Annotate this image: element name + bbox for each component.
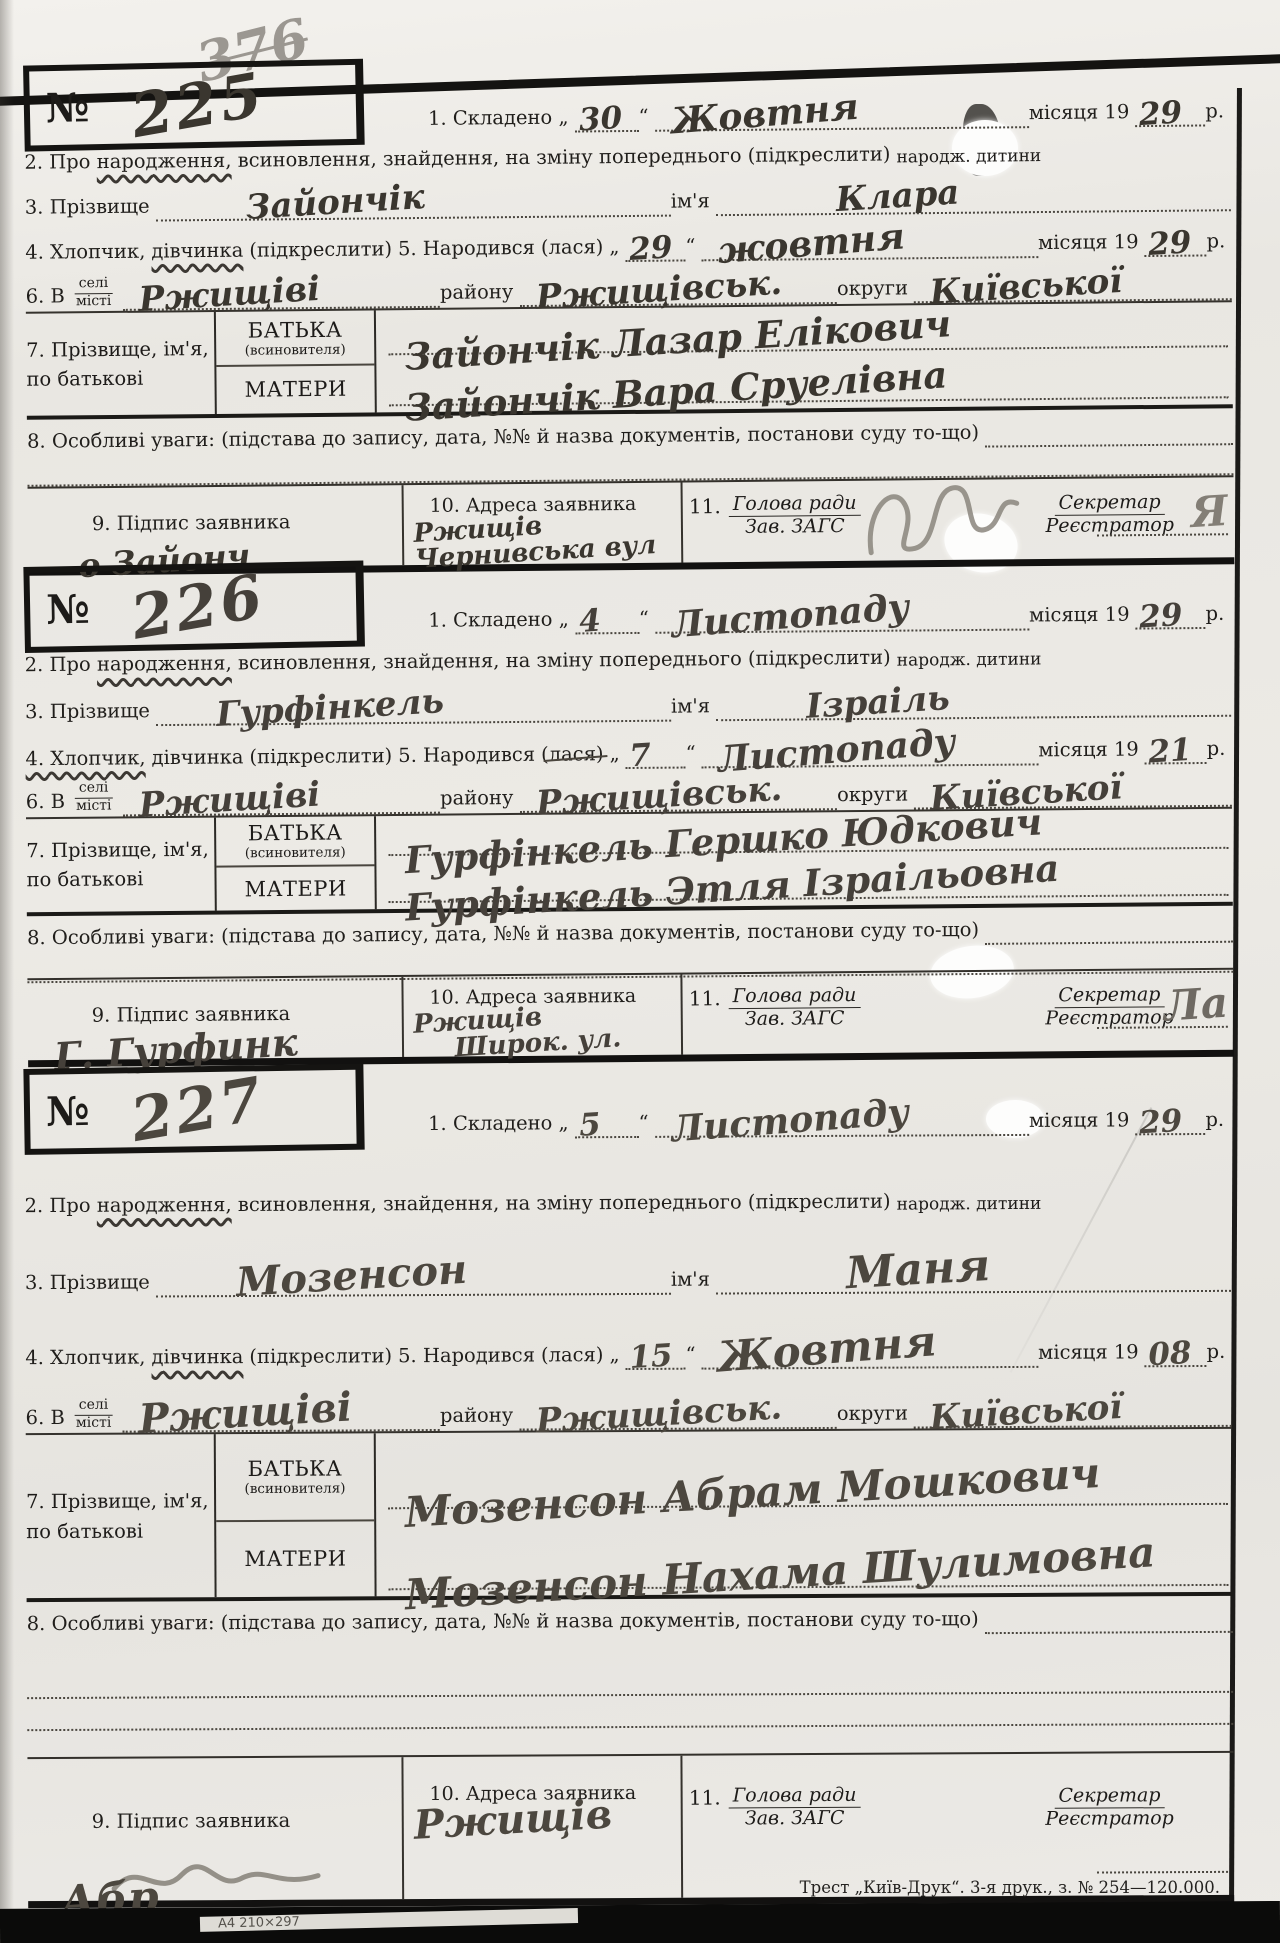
birth-month-field: Листопаду <box>701 728 1038 768</box>
composed-date-fields: 1. Складено „ 30 “ Жовтня місяця 19 29 р… <box>428 89 1230 140</box>
child-birth-note: народж. дитини <box>897 1192 1232 1216</box>
name-label: ім'я <box>671 189 716 216</box>
notes-field <box>985 443 1233 447</box>
notes-field <box>985 941 1233 945</box>
surname-label: 3. Прізвище <box>25 194 156 222</box>
record-number-handwritten: 225 <box>110 60 270 155</box>
composed-year-field: 29 <box>1135 1104 1205 1135</box>
boy-label: 4. Хлопчик, <box>25 239 151 267</box>
record-header-row: № 226 1. Складено „ 4 “ Листопаду місяця… <box>24 565 1231 646</box>
surname-field: Гурфінкель <box>156 687 671 726</box>
paper-size-note: А4 210×297 <box>200 1908 578 1932</box>
applicant-signature-cell: 9. Підпис заявника Абр <box>27 1757 404 1901</box>
scan-bottom-bar: А4 210×297 <box>0 1901 1280 1943</box>
parents-label: 7. Прізвище, ім'я,по батькові <box>26 312 215 415</box>
village-label: селі <box>75 781 113 799</box>
applicant-signature-cell: 9. Підпис заявника Г. Гурфинк <box>27 977 404 1060</box>
head-of-council-cell: 11. Голова радиЗав. ЗАГС <box>683 1754 949 1898</box>
boy-label-underlined: 4. Хлопчик, <box>25 746 151 774</box>
composed-year-handwritten: 29 <box>1134 1103 1183 1142</box>
head-zags-fraction: Голова радиЗав. ЗАГС <box>729 492 861 538</box>
year-suffix: р. <box>1207 736 1232 763</box>
okruha-field: Київської <box>914 1392 1232 1429</box>
composed-year-field: 29 <box>1135 95 1205 127</box>
composed-label: 1. Складено „ <box>428 106 575 134</box>
name-label: ім'я <box>671 1267 716 1294</box>
record-number-box: № 227 <box>23 1064 364 1155</box>
village-label: селі <box>75 276 113 294</box>
item-11: 11. Голова радиЗав. ЗАГС <box>689 1785 861 1830</box>
dotted-line <box>1097 1871 1228 1874</box>
birth-word-underlined: народження, <box>97 148 232 172</box>
girl-label: дівчинка <box>151 745 249 773</box>
surname-field: Зайончік <box>155 181 670 221</box>
town-label: місті <box>76 294 112 310</box>
item-11: 11. Голова радиЗав. ЗАГС <box>689 492 861 538</box>
birth-day-handwritten: 15 <box>625 1338 674 1377</box>
born-label: 5. Народився <box>398 235 541 263</box>
secretary-registrar-fraction: СекретарРеєстратор <box>1045 1785 1174 1830</box>
underline-note: (підкреслити) <box>249 237 398 265</box>
composed-month-field: Листопаду <box>655 594 1030 634</box>
lasya-note: (лася) <box>541 1343 610 1370</box>
in-label: 6. В <box>26 1406 71 1433</box>
record-227: № 227 1. Складено „ 5 “ Листопаду місяця… <box>24 1059 1234 1908</box>
birth-day-handwritten: 7 <box>625 737 653 774</box>
special-notes-row: 8. Особливі уваги: (підстава до запису, … <box>27 408 1234 487</box>
no-symbol: № <box>45 84 89 132</box>
place-field: Ржищіві <box>122 1389 440 1433</box>
village-label: селі <box>75 1398 113 1416</box>
secretary-registrar-fraction: СекретарРеєстратор <box>1045 491 1174 537</box>
village-town-fraction: селімісті <box>75 276 113 310</box>
special-notes-row: 8. Особливі уваги: (підстава до запису, … <box>27 906 1233 979</box>
village-town-fraction: селімісті <box>75 1398 113 1432</box>
composed-year-handwritten: 29 <box>1134 94 1183 133</box>
applicant-address-cell: 10. Адреса заявника РжищівЧернивська вул <box>403 482 683 565</box>
father-entry-field: Мозенсон Абрам Мошкович <box>388 1429 1228 1509</box>
signature-band: 9. Підпис заявника Г. Гурфинк 10. Адреса… <box>27 968 1234 1068</box>
composed-year-handwritten: 29 <box>1135 597 1184 636</box>
name-label: ім'я <box>671 694 716 721</box>
quote-open: „ <box>609 742 625 769</box>
notes-line: 8. Особливі уваги: (підстава до запису, … <box>27 418 1233 457</box>
secretary-cell: СекретарРеєстратор <box>948 1753 1234 1897</box>
quote-close: “ <box>639 1111 655 1138</box>
month-19-label: місяця 19 <box>1038 737 1145 765</box>
record-header-row: № 227 1. Складено „ 5 “ Листопаду місяця… <box>24 1059 1230 1147</box>
mother-label-cell: МАТЕРИ <box>216 867 374 911</box>
birth-month-field: жовтня <box>701 221 1038 261</box>
birth-year-field: 21 <box>1145 733 1207 765</box>
year-suffix: р. <box>1205 1108 1230 1135</box>
notes-field <box>985 1631 1233 1634</box>
birth-month-field: Жовтня <box>701 1324 1038 1370</box>
birth-day-field: 15 <box>625 1339 685 1370</box>
printing-house-credit: Трест „Київ-Друк“. 3-я друк., з. № 254—1… <box>800 1878 1220 1897</box>
father-entry-field: Зайончік Лазар Елікович <box>388 303 1228 356</box>
quote-close: “ <box>638 105 654 132</box>
head-zags-fraction: Голова радиЗав. ЗАГС <box>729 1785 861 1830</box>
parents-middle-column: БАТЬКА(всиновителя) МАТЕРИ <box>214 816 377 911</box>
place-field: Ржищіві <box>122 273 440 311</box>
birth-year-handwritten: 29 <box>1143 224 1192 263</box>
record-number-handwritten: 226 <box>111 561 271 656</box>
lasya-note-struck: (лася) <box>541 742 610 770</box>
district-label: району <box>440 281 520 309</box>
quote-open: „ <box>609 235 625 262</box>
composed-year-field: 29 <box>1135 598 1205 630</box>
applicant-signature-label: 9. Підпис заявника <box>92 1809 297 1837</box>
secretary-cell: СекретарРеєстратор Ла <box>948 970 1234 1053</box>
year-suffix: р. <box>1205 99 1230 126</box>
in-label: 6. В <box>26 789 71 816</box>
composed-day-handwritten: 5 <box>574 1107 602 1144</box>
lasya-note: (лася) <box>541 235 610 263</box>
special-notes-row: 8. Особливі уваги: (підстава до запису, … <box>27 1596 1234 1757</box>
composed-month-field: Листопаду <box>654 1099 1029 1138</box>
composed-day-field: 5 <box>575 1107 639 1138</box>
month-19-label: місяця 19 <box>1038 230 1145 258</box>
secretary-initial-handwritten: Ла <box>1146 978 1229 1032</box>
applicant-signature-cell: 9. Підпис заявника о Зайонч <box>28 485 405 569</box>
secretary-initial-handwritten: Я <box>1173 485 1229 537</box>
birth-day-field: 29 <box>625 230 685 262</box>
mother-label-cell: МАТЕРИ <box>216 1521 374 1596</box>
no-symbol: № <box>46 585 90 633</box>
village-town-fraction: селімісті <box>75 781 113 815</box>
month-19-label: місяця 19 <box>1038 1341 1145 1369</box>
applicant-address-handwritten: Ржищів <box>397 1794 613 1846</box>
composed-label: 1. Складено „ <box>428 1111 575 1139</box>
composed-month-field: Жовтня <box>654 91 1029 132</box>
quote-close: “ <box>686 741 702 768</box>
name-field: Маня <box>716 1246 1231 1295</box>
parents-entries: Мозенсон Абрам Мошкович Мозенсон Нахама … <box>376 1429 1233 1596</box>
month-19-label: місяця 19 <box>1029 1108 1136 1136</box>
birth-year-field: 29 <box>1144 225 1206 257</box>
town-label: місті <box>76 1415 112 1431</box>
parents-block: 7. Прізвище, ім'я,по батькові БАТЬКА(вси… <box>26 806 1233 916</box>
birth-word-underlined: народження, <box>97 652 232 676</box>
town-label: місті <box>76 798 112 814</box>
district-field: Ржищівськ. <box>519 775 837 813</box>
composed-date-fields: 1. Складено „ 5 “ Листопаду місяця 19 29… <box>428 1098 1230 1145</box>
scanned-registry-page: 376 № 225 1. Складено „ 30 “ Жовтня міся… <box>0 0 1280 1943</box>
place-row: 6. В селімісті Ржищіві району Ржищівськ.… <box>25 1367 1231 1433</box>
month-19-label: місяця 19 <box>1029 100 1136 128</box>
underline-note: (підкреслити) <box>249 1345 398 1373</box>
birth-year-handwritten: 21 <box>1144 732 1193 771</box>
applicant-address-cell: 10. Адреса заявника РжищівШирок. ул. <box>403 974 683 1057</box>
empty-dotted-line <box>27 1723 1233 1731</box>
year-suffix: р. <box>1205 602 1230 629</box>
surname-label: 3. Прізвище <box>25 1270 156 1298</box>
girl-label-underlined: дівчинка <box>151 238 249 266</box>
quote-close: “ <box>685 1343 701 1370</box>
district-field: Ржищівськ. <box>519 269 837 307</box>
composed-day-field: 30 <box>574 101 638 133</box>
no-symbol: № <box>46 1087 90 1135</box>
boy-label: 4. Хлопчик, <box>25 1346 151 1374</box>
notes-line: 8. Особливі уваги: (підстава до запису, … <box>27 1606 1233 1639</box>
head-zags-fraction: Голова радиЗав. ЗАГС <box>729 985 861 1031</box>
quote-open: „ <box>609 1343 625 1370</box>
record-225: № 225 1. Складено „ 30 “ Жовтня місяця 1… <box>24 74 1235 576</box>
mother-label-cell: МАТЕРИ <box>216 366 374 414</box>
parents-middle-column: БАТЬКА(всиновителя) МАТЕРИ <box>214 311 377 414</box>
head-of-council-cell: 11. Голова радиЗав. ЗАГС <box>683 479 949 562</box>
parents-block: 7. Прізвище, ім'я,по батькові БАТЬКА(вси… <box>26 301 1233 420</box>
year-suffix: р. <box>1207 1340 1232 1367</box>
quote-close: “ <box>639 607 655 634</box>
born-label: 5. Народився <box>398 1344 541 1372</box>
parents-label: 7. Прізвище, ім'я,по батькові <box>26 1434 215 1597</box>
record-number-handwritten: 227 <box>111 1064 271 1159</box>
surname-field: Мозенсон <box>156 1253 671 1298</box>
item-11: 11. Голова радиЗав. ЗАГС <box>689 985 861 1031</box>
head-signature-scribble <box>858 473 1029 567</box>
record-number-box: № 225 <box>23 59 365 152</box>
record-number-box: № 226 <box>23 561 365 654</box>
name-field: Клара <box>716 176 1231 216</box>
parents-middle-column: БАТЬКА(всиновителя) МАТЕРИ <box>214 1434 377 1597</box>
quote-close: “ <box>685 234 701 261</box>
child-birth-note: народж. дитини <box>897 648 1252 673</box>
signature-band: 9. Підпис заявника о Зайонч 10. Адреса з… <box>28 475 1235 576</box>
underline-note: (підкреслити) <box>249 744 398 772</box>
surname-name-row: 3. Прізвище Мозенсон ім'я Маня <box>25 1214 1231 1298</box>
parents-entries: Гурфінкель Гершко Юдкович Гурфінкель Этл… <box>376 808 1233 909</box>
birth-year-handwritten: 08 <box>1144 1335 1193 1374</box>
notes-line: 8. Особливі уваги: (підстава до запису, … <box>27 916 1233 954</box>
okruha-field: Київської <box>914 266 1232 304</box>
composed-day-handwritten: 4 <box>574 603 602 640</box>
okruha-label: округи <box>837 277 914 305</box>
event-type-row: 2. Про народження, всиновлення, знайденн… <box>24 1141 1230 1221</box>
surname-label: 3. Прізвище <box>25 699 156 727</box>
father-label-cell: БАТЬКА(всиновителя) <box>216 816 374 868</box>
place-field: Ржищіві <box>122 778 440 816</box>
head-of-council-cell: 11. Голова радиЗав. ЗАГС <box>683 972 949 1054</box>
father-entry-field: Гурфінкель Гершко Юдкович <box>388 808 1228 856</box>
parents-block: 7. Прізвище, ім'я,по батькові БАТЬКА(вси… <box>26 1427 1233 1602</box>
district-field: Ржищівськ. <box>519 1394 837 1431</box>
composed-date-fields: 1. Складено „ 4 “ Листопаду місяця 19 29… <box>428 592 1230 642</box>
left-edge-shadow <box>0 0 14 1943</box>
applicant-address-handwritten: РжищівШирок. ул. <box>396 999 621 1065</box>
birth-day-field: 7 <box>626 737 686 769</box>
in-label: 6. В <box>26 285 71 312</box>
composed-day-handwritten: 30 <box>573 100 622 139</box>
birth-day-handwritten: 29 <box>624 229 673 268</box>
birth-year-field: 08 <box>1145 1336 1207 1367</box>
name-field: Ізраіль <box>716 682 1231 721</box>
birth-word-underlined: народження, <box>97 1193 232 1217</box>
composed-label: 1. Складено „ <box>428 607 575 635</box>
girl-label-underlined: дівчинка <box>151 1345 249 1373</box>
empty-dotted-line <box>27 1691 1233 1699</box>
record-226: № 226 1. Складено „ 4 “ Листопаду місяця… <box>24 565 1234 1068</box>
month-19-label: місяця 19 <box>1029 603 1136 631</box>
born-label: 5. Народився <box>398 742 541 770</box>
notes-label: 8. Особливі уваги: (підстава до запису, … <box>27 420 985 456</box>
composed-day-field: 4 <box>575 603 639 635</box>
okruha-label: округи <box>837 1402 914 1429</box>
applicant-signature-label: 9. Підпис заявника <box>92 510 297 539</box>
applicant-address-cell: 10. Адреса заявника Ржищів <box>403 1756 683 1900</box>
father-label-cell: БАТЬКА(всиновителя) <box>216 1434 374 1523</box>
district-label: району <box>440 786 520 814</box>
district-label: району <box>440 1404 519 1431</box>
year-suffix: р. <box>1206 229 1231 256</box>
parents-label: 7. Прізвище, ім'я,по батькові <box>26 817 215 912</box>
parents-entries: Зайончік Лазар Елікович Зайончік Вара Ср… <box>376 303 1233 412</box>
father-label-cell: БАТЬКА(всиновителя) <box>216 311 375 367</box>
okruha-label: округи <box>837 782 914 810</box>
